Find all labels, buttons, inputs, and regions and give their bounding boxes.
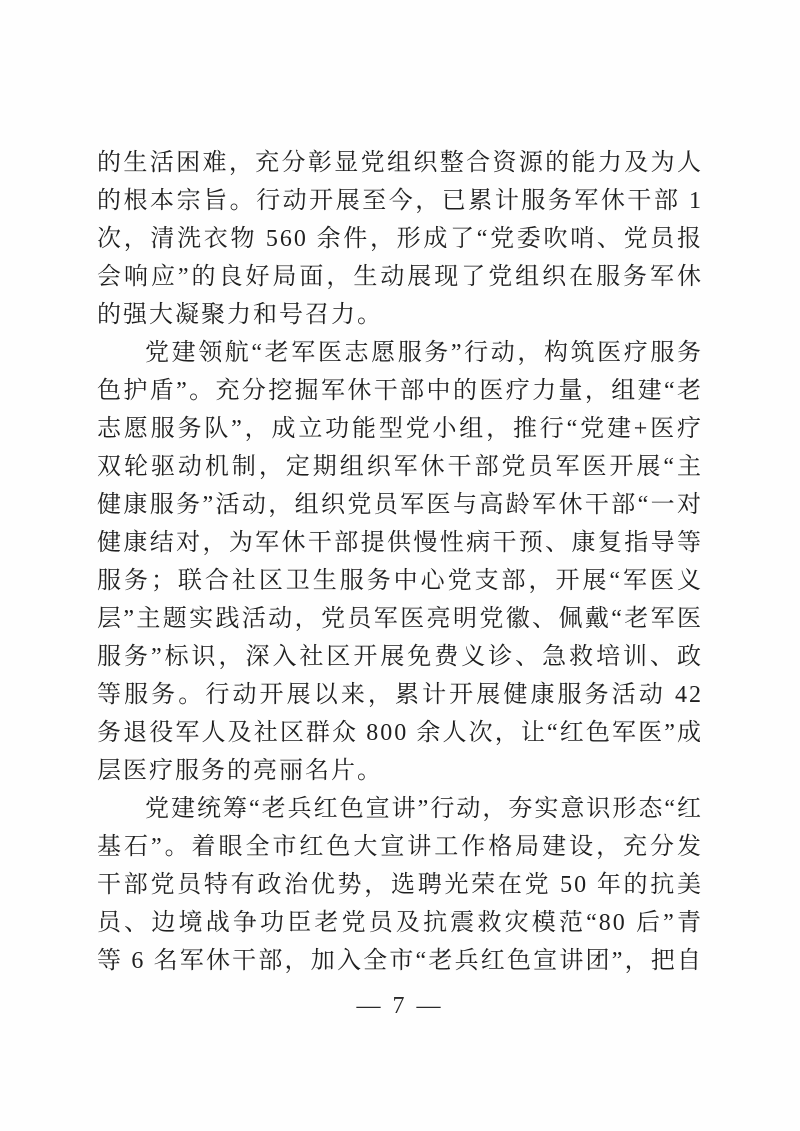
body-text-line: 等服务。行动开展以来，累计开展健康服务活动 42 场次，服: [97, 676, 703, 714]
body-text-line: 党建领航“老军医志愿服务”行动，构筑医疗服务“红: [97, 334, 703, 372]
page-footer: — 7 —: [0, 993, 800, 1020]
body-text-line: 层”主题实践活动，党员军医亮明党徽、佩戴“老军医志愿: [97, 600, 703, 638]
body-text-line: 党建统筹“老兵红色宣讲”行动，夯实意识形态“红色: [97, 790, 703, 828]
page-number: — 7 —: [357, 993, 444, 1019]
body-text-line: 色护盾”。充分挖掘军休干部中的医疗力量，组建“老军医: [97, 372, 703, 410]
body-text-line: 干部党员特有政治优势，选聘光荣在党 50 年的抗美援朝老党: [97, 866, 703, 904]
body-text-line: 服务”标识，深入社区开展免费义诊、急救培训、政策宣讲: [97, 638, 703, 676]
paragraph-2: 党建领航“老军医志愿服务”行动，构筑医疗服务“红 色护盾”。充分挖掘军休干部中的…: [97, 334, 703, 790]
body-text-line: 的生活困难，充分彰显党组织整合资源的能力及为人民服务: [97, 144, 703, 182]
body-text-line: 健康服务”活动，组织党员军医与高龄军休干部“一对一”: [97, 486, 703, 524]
body-text-line: 等 6 名军休干部，加入全市“老兵红色宣讲团”，把自身经: [97, 942, 703, 980]
body-text-line: 服务；联合社区卫生服务中心党支部，开展“军医义诊进基: [97, 562, 703, 600]
body-text-line: 的强大凝聚力和号召力。: [97, 296, 703, 334]
paragraph-3: 党建统筹“老兵红色宣讲”行动，夯实意识形态“红色 基石”。着眼全市红色大宣讲工作…: [97, 790, 703, 980]
body-text-line: 双轮驱动机制，定期组织军休干部党员军医开展“主题党日+: [97, 448, 703, 486]
document-page: 的生活困难，充分彰显党组织整合资源的能力及为人民服务 的根本宗旨。行动开展至今，…: [0, 0, 800, 1131]
body-text-line: 志愿服务队”，成立功能型党小组，推行“党建+医疗服务”: [97, 410, 703, 448]
body-text-line: 层医疗服务的亮丽名片。: [97, 752, 703, 790]
body-text-line: 次，清洗衣物 560 余件，形成了“党委吹哨、党员报到、社: [97, 220, 703, 258]
paragraph-1: 的生活困难，充分彰显党组织整合资源的能力及为人民服务 的根本宗旨。行动开展至今，…: [97, 144, 703, 334]
body-text-line: 会响应”的良好局面，生动展现了党组织在服务军休干部中: [97, 258, 703, 296]
body-text-line: 基石”。着眼全市红色大宣讲工作格局建设，充分发挥军休: [97, 828, 703, 866]
body-text-line: 员、边境战争功臣老党员及抗震救灾模范“80 后”青年党员: [97, 904, 703, 942]
body-text-line: 的根本宗旨。行动开展至今，已累计服务军休干部 180 余人: [97, 182, 703, 220]
body-text-line: 务退役军人及社区群众 800 余人次，让“红色军医”成为基: [97, 714, 703, 752]
body-text-line: 健康结对，为军休干部提供慢性病干预、康复指导等定制化: [97, 524, 703, 562]
document-body: 的生活困难，充分彰显党组织整合资源的能力及为人民服务 的根本宗旨。行动开展至今，…: [97, 144, 703, 980]
